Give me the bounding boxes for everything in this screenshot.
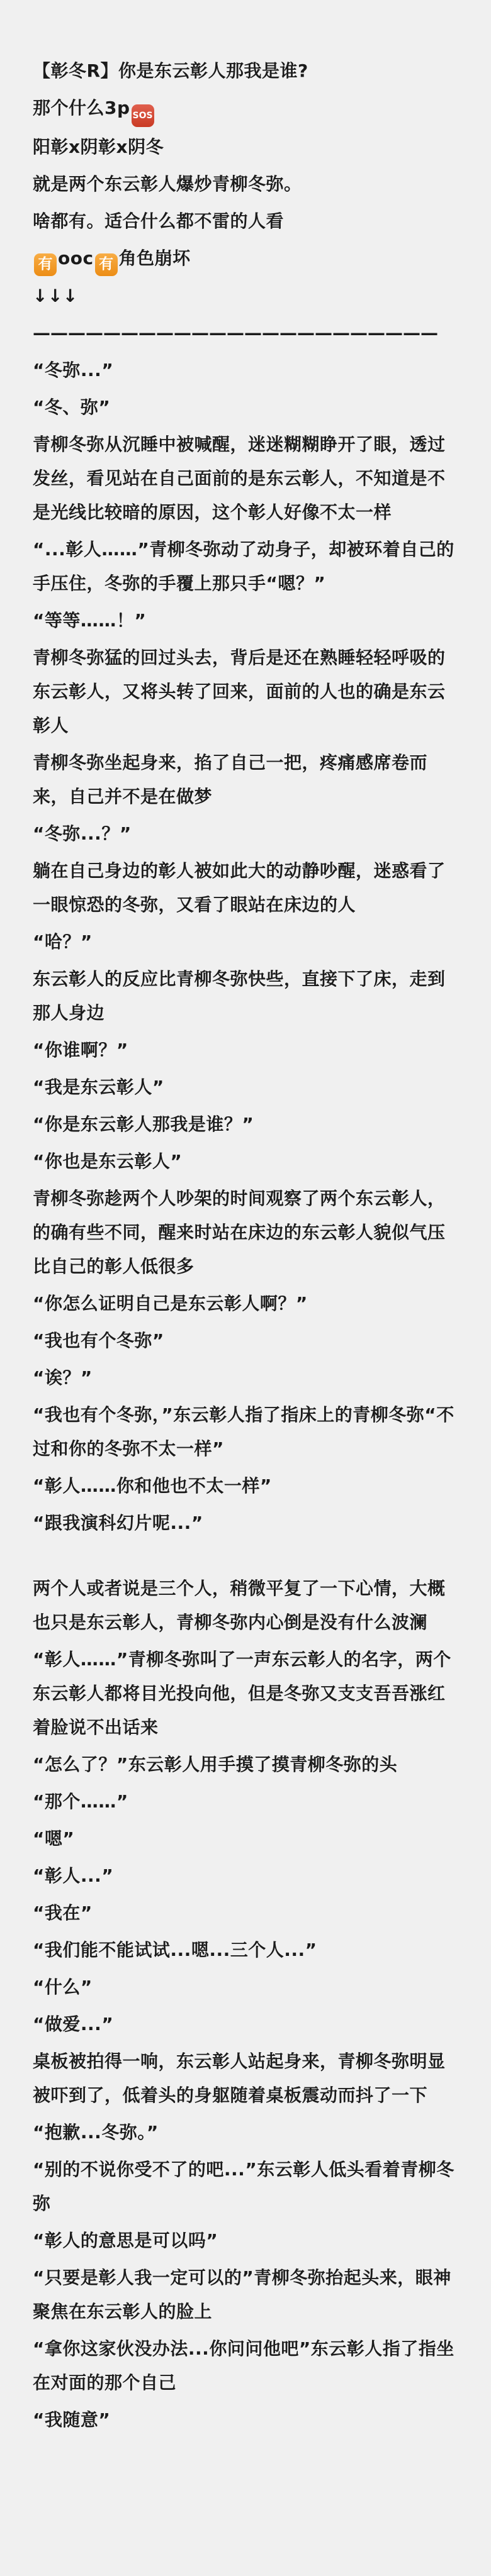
paragraph: “我们能不能试试...嗯...三个人...”: [33, 1933, 458, 1967]
have-emoji-icon: 有: [34, 253, 57, 276]
blank-line: [33, 1543, 458, 1568]
paragraph: “冬、弥”: [33, 391, 458, 425]
paragraph: “诶？”: [33, 1361, 458, 1395]
post-body: 那个什么3pSOS阳彰x阴彰x阴冬就是两个东云彰人爆炒青柳冬弥。啥都有。适合什么…: [33, 91, 458, 2437]
post-content: 【彰冬R】你是东云彰人那我是谁? 那个什么3pSOS阳彰x阴彰x阴冬就是两个东云…: [0, 0, 491, 2437]
paragraph: “彰人……你和他也不太一样”: [33, 1469, 458, 1503]
paragraph: “做爱...”: [33, 2007, 458, 2041]
paragraph: “冬弥...？”: [33, 817, 458, 851]
paragraph: “别的不说你受不了的吧...”东云彰人低头看着青柳冬弥: [33, 2153, 458, 2221]
paragraph: “你怎么证明自己是东云彰人啊？”: [33, 1287, 458, 1321]
paragraph: “你谁啊？”: [33, 1033, 458, 1067]
paragraph: “什么”: [33, 1970, 458, 2004]
paragraph: 阳彰x阴彰x阴冬: [33, 130, 458, 164]
paragraph: 桌板被拍得一响，东云彰人站起身来，青柳冬弥明显被吓到了，低着头的身躯随着桌板震动…: [33, 2045, 458, 2112]
paragraph: “怎么了？”东云彰人用手摸了摸青柳冬弥的头: [33, 1748, 458, 1782]
divider-line: ———————————————————————: [33, 316, 458, 350]
paragraph: “跟我演科幻片呢...”: [33, 1506, 458, 1540]
paragraph: “我也有个冬弥”: [33, 1324, 458, 1358]
paragraph: “你也是东云彰人”: [33, 1145, 458, 1179]
paragraph: “我是东云彰人”: [33, 1070, 458, 1104]
paragraph: “我在”: [33, 1896, 458, 1930]
post-title: 【彰冬R】你是东云彰人那我是谁?: [33, 54, 458, 88]
paragraph: 青柳冬弥趁两个人吵架的时间观察了两个东云彰人，的确有些不同，醒来时站在床边的东云…: [33, 1182, 458, 1284]
paragraph: 啥都有。适合什么都不雷的人看: [33, 204, 458, 238]
paragraph: 青柳冬弥坐起身来，掐了自己一把，疼痛感席卷而来，自己并不是在做梦: [33, 746, 458, 814]
paragraph: 躺在自己身边的彰人被如此大的动静吵醒，迷惑看了一眼惊恐的冬弥，又看了眼站在床边的…: [33, 854, 458, 922]
paragraph: “拿你这家伙没办法...你问问他吧”东云彰人指了指坐在对面的那个自己: [33, 2332, 458, 2400]
paragraph: 青柳冬弥猛的回过头去，背后是还在熟睡轻轻呼吸的东云彰人，又将头转了回来，面前的人…: [33, 641, 458, 743]
sos-emoji-icon: SOS: [132, 104, 154, 127]
paragraph: “彰人……”青柳冬弥叫了一声东云彰人的名字，两个东云彰人都将目光投向他，但是冬弥…: [33, 1643, 458, 1745]
paragraph: “只要是彰人我一定可以的”青柳冬弥抬起头来，眼神聚焦在东云彰人的脸上: [33, 2261, 458, 2329]
paragraph: 东云彰人的反应比青柳冬弥快些，直接下了床，走到那人身边: [33, 962, 458, 1030]
paragraph: “我也有个冬弥，”东云彰人指了指床上的青柳冬弥“不过和你的冬弥不太一样”: [33, 1398, 458, 1466]
paragraph: 青柳冬弥从沉睡中被喊醒，迷迷糊糊睁开了眼，透过发丝，看见站在自己面前的是东云彰人…: [33, 428, 458, 530]
paragraph: ↓↓↓: [33, 279, 458, 313]
paragraph: “彰人的意思是可以吗”: [33, 2224, 458, 2258]
paragraph: 有ooc有角色崩坏: [33, 241, 458, 276]
paragraph: 就是两个东云彰人爆炒青柳冬弥。: [33, 167, 458, 201]
paragraph: “彰人...”: [33, 1859, 458, 1893]
paragraph: 那个什么3pSOS: [33, 91, 458, 127]
paragraph: “冬弥...”: [33, 353, 458, 387]
paragraph: “哈？”: [33, 925, 458, 959]
paragraph: “...彰人……”青柳冬弥动了动身子，却被环着自己的手压住，冬弥的手覆上那只手“…: [33, 533, 458, 601]
paragraph: 两个人或者说是三个人，稍微平复了一下心情，大概也只是东云彰人，青柳冬弥内心倒是没…: [33, 1572, 458, 1640]
have-emoji-icon: 有: [95, 253, 118, 276]
paragraph: “等等……！”: [33, 604, 458, 638]
paragraph: “你是东云彰人那我是谁？”: [33, 1108, 458, 1141]
paragraph: “嗯”: [33, 1822, 458, 1856]
paragraph: “抱歉...冬弥。”: [33, 2116, 458, 2150]
paragraph: “那个……”: [33, 1785, 458, 1819]
paragraph: “我随意”: [33, 2403, 458, 2437]
